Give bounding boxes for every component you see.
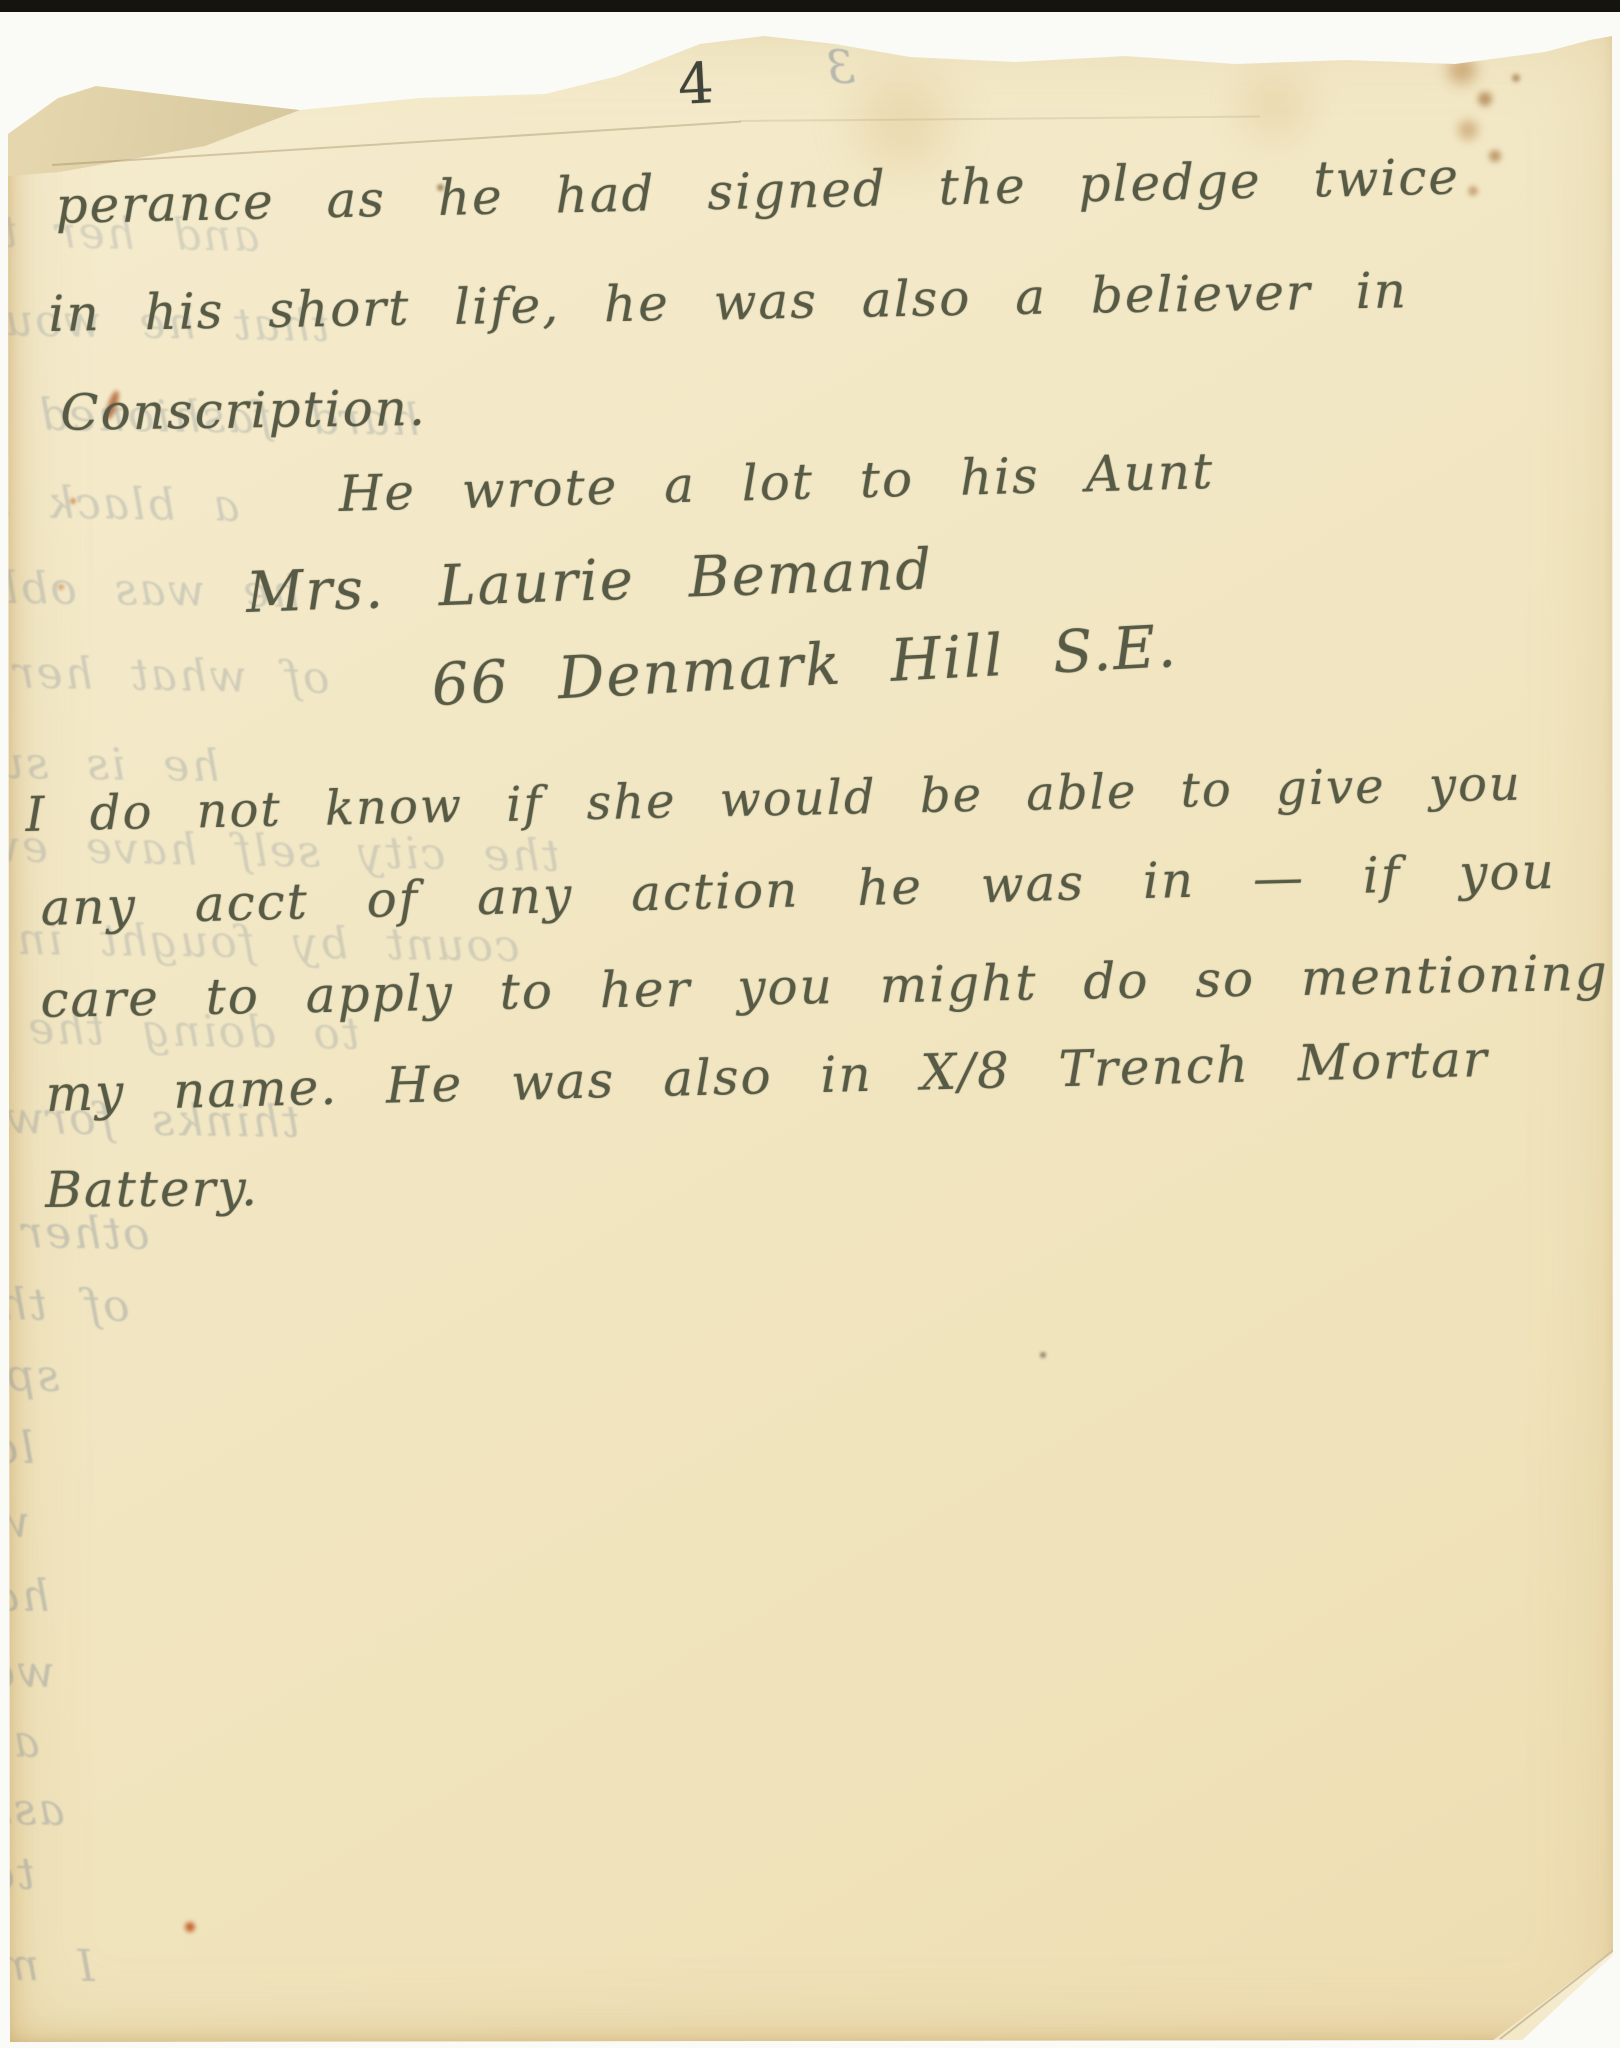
- handwritten-line: 66 Denmark Hill S.E.: [430, 613, 1179, 719]
- handwritten-line: perance as he had signed the pledge twic…: [55, 149, 1461, 236]
- handwritten-line: any acct of any action he was in — if yo…: [40, 843, 1556, 938]
- handwritten-line: Battery.: [45, 1160, 259, 1219]
- handwritten-line: in his short life, he was also a believe…: [48, 262, 1408, 343]
- page-number: 4: [676, 51, 716, 118]
- scanner-edge-bar: [0, 0, 1620, 12]
- handwritten-line: my name. He was also in X/8 Trench Morta…: [45, 1031, 1489, 1124]
- letter-paper: 3 and her troubled a mile over but ittha…: [6, 28, 1614, 2044]
- handwritten-line: care to apply to her you might do so men…: [40, 945, 1609, 1030]
- handwritten-line: Mrs. Laurie Bemand: [245, 538, 934, 626]
- handwritten-line: He wrote a lot to his Aunt: [338, 443, 1215, 523]
- handwritten-line: Conscription.: [60, 380, 427, 443]
- handwriting-layer: 4 perance as he had signed the pledge tw…: [0, 0, 1620, 2048]
- scanned-letter-page: 3 and her troubled a mile over but ittha…: [0, 0, 1620, 2048]
- handwritten-line: I do not know if she would be able to gi…: [25, 757, 1522, 844]
